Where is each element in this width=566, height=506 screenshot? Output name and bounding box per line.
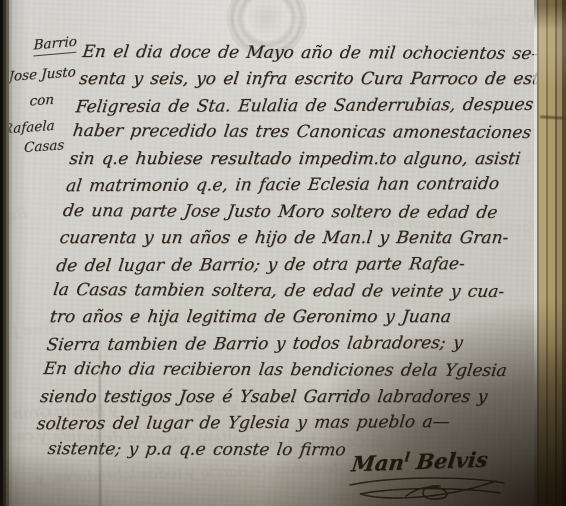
signature-rubric-flourish <box>344 472 514 504</box>
ink-showthrough: Rafaela <box>0 204 29 230</box>
record-line: sin q.e hubiese resultado impedim.to alg… <box>68 146 531 172</box>
page-edge-offset-mark <box>540 115 565 119</box>
record-line: siendo testigos Jose é Ysabel Garrido la… <box>39 384 502 410</box>
record-line: de una parte Jose Justo Moro soltero de … <box>61 198 524 226</box>
paper-crease <box>99 335 101 506</box>
record-line: senta y seis, yo el infra escrito Cura P… <box>78 66 541 92</box>
record-text: En el dia doce de Mayo año de mil ochoci… <box>32 40 544 463</box>
record-line: al matrimonio q.e, in facie Eclesia han … <box>64 171 527 200</box>
record-line: la Casas tambien soltera, de edad de vei… <box>52 277 515 305</box>
record-line: Feligresia de Sta. Eulalia de Sanderrubi… <box>74 92 537 121</box>
record-line: cuarenta y un años e hijo de Man.l y Ben… <box>58 225 521 251</box>
record-line: En dicho dia recibieron las bendiciones … <box>42 356 505 384</box>
signature-surname: Belvis <box>415 447 490 474</box>
margin-note-title-text: Barrio <box>33 33 77 57</box>
signature-superscript: l <box>404 450 411 465</box>
record-line: Sierra tambien de Barrio y todos labrado… <box>45 330 508 359</box>
ink-showthrough: En el dia doce de Mayo año de mil ochoci… <box>430 0 566 31</box>
record-line: En el dia doce de Mayo año de mil ochoci… <box>81 39 544 67</box>
record-line: haber precedido las tres Canonicas amone… <box>71 118 534 146</box>
record-line: de del lugar de Barrio; y de otra parte … <box>55 250 518 279</box>
record-line: solteros del lugar de Yglesia y mas pueb… <box>35 409 498 438</box>
manuscript-photo: Feligresia de Sta. Eulalia de Sanderrubi… <box>0 0 566 506</box>
record-line: tro años e hija legitima de Geronimo y J… <box>48 304 511 330</box>
